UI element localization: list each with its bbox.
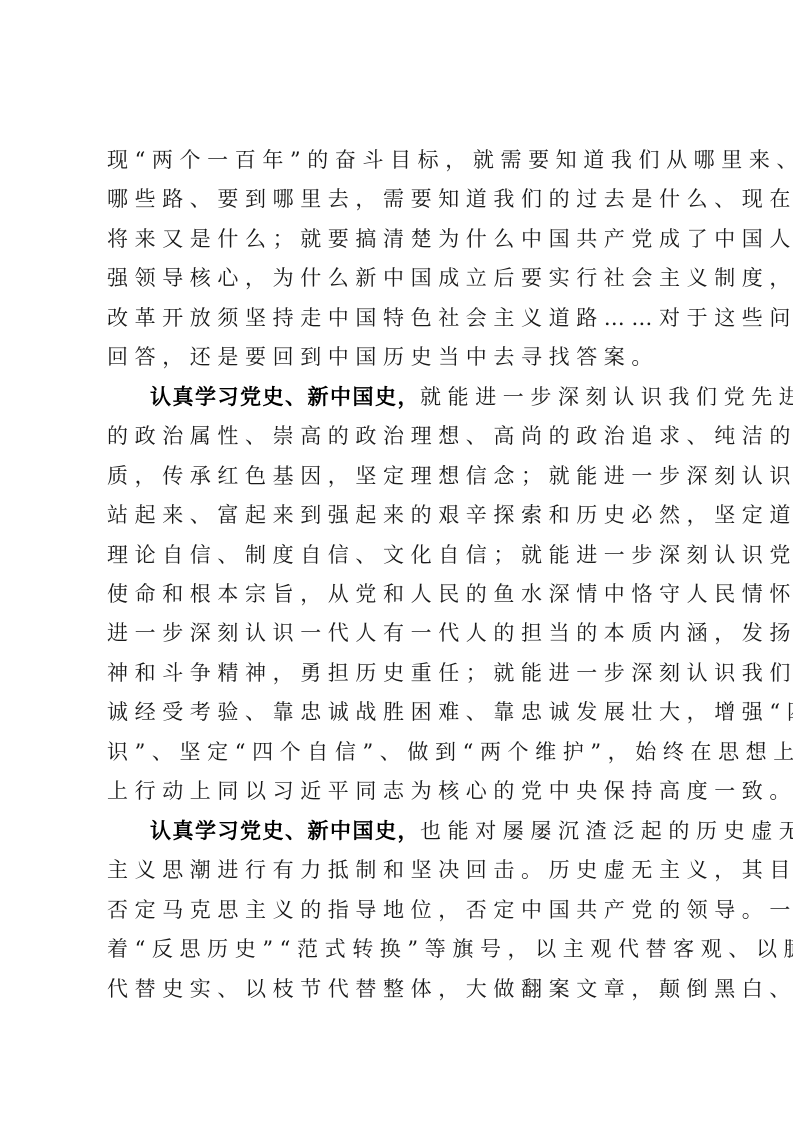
text-line: 使命和根本宗旨，从党和人民的鱼水深情中恪守人民情怀；就能	[107, 575, 695, 614]
text-run: 也能对屡屡沉渣泛起的历史虚无	[420, 819, 793, 843]
text-line: 识”、坚定“四个自信”、做到“两个维护”，始终在思想上政治	[107, 733, 695, 772]
document-page: 现“两个一百年”的奋斗目标，就需要知道我们从哪里来、走过 哪些路、要到哪里去，需…	[107, 141, 695, 1009]
text-line: 诚经受考验、靠忠诚战胜困难、靠忠诚发展壮大，增强“四个意	[107, 693, 695, 732]
text-line: 改革开放须坚持走中国特色社会主义道路……对于这些问题的	[107, 299, 695, 338]
text-line: 上行动上同以习近平同志为核心的党中央保持高度一致。	[107, 772, 695, 811]
text-line: 认真学习党史、新中国史，就能进一步深刻认识我们党先进	[107, 378, 695, 417]
text-line: 将来又是什么；就要搞清楚为什么中国共产党成了中国人民的坚	[107, 220, 695, 259]
text-line: 站起来、富起来到强起来的艰辛探索和历史必然，坚定道路自信、	[107, 496, 695, 535]
text-line: 着“反思历史”“范式转换”等旗号，以主观代替客观、以臆想	[107, 930, 695, 969]
text-line: 否定马克思主义的指导地位，否定中国共产党的领导。一些人打	[107, 891, 695, 930]
paragraph-lead-heading: 认真学习党史、新中国史，	[150, 819, 420, 843]
text-line: 哪些路、要到哪里去，需要知道我们的过去是什么、现在是什么、	[107, 180, 695, 219]
text-line: 现“两个一百年”的奋斗目标，就需要知道我们从哪里来、走过	[107, 141, 695, 180]
text-line: 主义思潮进行有力抵制和坚决回击。历史虚无主义，其目的在于	[107, 851, 695, 890]
text-run: 就能进一步深刻认识我们党先进	[420, 385, 793, 409]
paragraph-2: 认真学习党史、新中国史，就能进一步深刻认识我们党先进 的政治属性、崇高的政治理想…	[107, 378, 695, 812]
text-line: 认真学习党史、新中国史，也能对屡屡沉渣泛起的历史虚无	[107, 812, 695, 851]
paragraph-3: 认真学习党史、新中国史，也能对屡屡沉渣泛起的历史虚无 主义思潮进行有力抵制和坚决…	[107, 812, 695, 1009]
paragraph-1: 现“两个一百年”的奋斗目标，就需要知道我们从哪里来、走过 哪些路、要到哪里去，需…	[107, 141, 695, 378]
paragraph-lead-heading: 认真学习党史、新中国史，	[150, 385, 420, 409]
text-line: 回答，还是要回到中国历史当中去寻找答案。	[107, 338, 695, 377]
text-line: 神和斗争精神，勇担历史重任；就能进一步深刻认识我们党靠忠	[107, 654, 695, 693]
text-line: 强领导核心，为什么新中国成立后要实行社会主义制度，为什么	[107, 259, 695, 298]
text-line: 质，传承红色基因，坚定理想信念；就能进一步深刻认识中国从	[107, 457, 695, 496]
text-line: 理论自信、制度自信、文化自信；就能进一步深刻认识党的执政	[107, 536, 695, 575]
text-line: 代替史实、以枝节代替整体，大做翻案文章，颠倒黑白、否定崇	[107, 970, 695, 1009]
text-line: 的政治属性、崇高的政治理想、高尚的政治追求、纯洁的政治品	[107, 417, 695, 456]
text-line: 进一步深刻认识一代人有一代人的担当的本质内涵，发扬革命精	[107, 614, 695, 653]
